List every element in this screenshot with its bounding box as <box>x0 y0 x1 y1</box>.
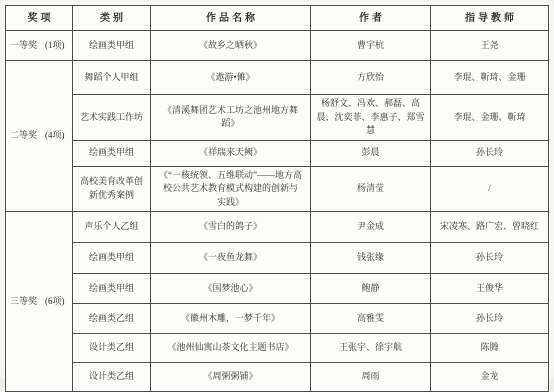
work-title-cell: 《国梦池心》 <box>151 274 311 304</box>
table-row: 艺术实践工作坊《清溪舞团艺术工坊之池州地方舞蹈》杨舒文、冯欢、郝磊、高晨、沈奕菲… <box>6 95 549 141</box>
teacher-cell: 陈腾 <box>431 334 549 363</box>
teacher-cell: 王俊华 <box>431 274 549 304</box>
teacher-cell: 王尧 <box>431 31 549 61</box>
teacher-cell: 孙长玲 <box>431 243 549 274</box>
category-cell: 声乐个人乙组 <box>73 212 151 243</box>
table-row: 设计类乙组《池州仙寓山茶文化主题书店》王张宇、徐宇航陈腾 <box>6 334 549 363</box>
award-count: (4项) <box>45 130 65 140</box>
work-title-cell: 《一夜鱼龙舞》 <box>151 243 311 274</box>
author-cell: 周雨 <box>311 363 431 392</box>
author-cell: 鲍静 <box>311 274 431 304</box>
award-cell: 一等奖(1项) <box>6 31 73 61</box>
author-cell: 杨清莹 <box>311 166 431 212</box>
header-row: 奖项类别作品名称作者指导教师 <box>6 6 549 31</box>
table-row: 高校美育改革创新优秀案例《“一核统领、五维联动”——地方高校公共艺术教育模式构建… <box>6 166 549 212</box>
author-cell: 曹宇杭 <box>311 31 431 61</box>
award-cell: 三等奖(6项) <box>6 212 73 392</box>
table-row: 二等奖(4项)舞蹈个人甲组《遨游•傩》方欣怡李琨、靳琦、金珊 <box>6 61 549 95</box>
author-cell: 彭晨 <box>311 140 431 166</box>
table-row: 绘画类甲组《祥瑞来天阙》彭晨孙长玲 <box>6 140 549 166</box>
work-title-cell: 《周粥粥铺》 <box>151 363 311 392</box>
category-cell: 高校美育改革创新优秀案例 <box>73 166 151 212</box>
column-header-3: 作者 <box>311 6 431 31</box>
work-title-cell: 《雪白的鸽子》 <box>151 212 311 243</box>
author-cell: 杨舒文、冯欢、郝磊、高晨、沈奕菲、李惠子、郑雪慧 <box>311 95 431 141</box>
work-title-cell: 《“一核统领、五维联动”——地方高校公共艺术教育模式构建的创新与实践》 <box>151 166 311 212</box>
table-row: 设计类乙组《周粥粥铺》周雨金龙 <box>6 363 549 392</box>
work-title-cell: 《徽州木雕，一梦千年》 <box>151 304 311 334</box>
teacher-cell: 金龙 <box>431 363 549 392</box>
table-body: 一等奖(1项)绘画类甲组《故乡之晒秋》曹宇杭王尧二等奖(4项)舞蹈个人甲组《遨游… <box>6 31 549 392</box>
author-cell: 尹金成 <box>311 212 431 243</box>
category-cell: 绘画类甲组 <box>73 140 151 166</box>
work-title-cell: 《祥瑞来天阙》 <box>151 140 311 166</box>
award-count: (1项) <box>45 40 65 50</box>
category-cell: 绘画类甲组 <box>73 31 151 61</box>
teacher-cell: 李琨、金珊、靳琦 <box>431 95 549 141</box>
category-cell: 设计类乙组 <box>73 334 151 363</box>
category-cell: 绘画类甲组 <box>73 274 151 304</box>
category-cell: 绘画类乙组 <box>73 304 151 334</box>
column-header-2: 作品名称 <box>151 6 311 31</box>
document-page: 奖项类别作品名称作者指导教师 一等奖(1项)绘画类甲组《故乡之晒秋》曹宇杭王尧二… <box>0 0 554 379</box>
author-cell: 王张宇、徐宇航 <box>311 334 431 363</box>
author-cell: 钱张缘 <box>311 243 431 274</box>
teacher-cell: 宋凌寒、路广宏、曾晓红 <box>431 212 549 243</box>
award-count: (6项) <box>45 296 65 306</box>
category-cell: 绘画类甲组 <box>73 243 151 274</box>
teacher-cell: 孙长玲 <box>431 140 549 166</box>
category-cell: 艺术实践工作坊 <box>73 95 151 141</box>
work-title-cell: 《池州仙寓山茶文化主题书店》 <box>151 334 311 363</box>
teacher-cell: 李琨、靳琦、金珊 <box>431 61 549 95</box>
column-header-4: 指导教师 <box>431 6 549 31</box>
award-label: 二等奖 <box>10 130 37 140</box>
author-cell: 高雅雯 <box>311 304 431 334</box>
work-title-cell: 《故乡之晒秋》 <box>151 31 311 61</box>
category-cell: 舞蹈个人甲组 <box>73 61 151 95</box>
column-header-1: 类别 <box>73 6 151 31</box>
work-title-cell: 《清溪舞团艺术工坊之池州地方舞蹈》 <box>151 95 311 141</box>
teacher-cell: / <box>431 166 549 212</box>
table-row: 一等奖(1项)绘画类甲组《故乡之晒秋》曹宇杭王尧 <box>6 31 549 61</box>
award-cell: 二等奖(4项) <box>6 61 73 212</box>
teacher-cell: 孙长玲 <box>431 304 549 334</box>
work-title-cell: 《遨游•傩》 <box>151 61 311 95</box>
table-row: 绘画类甲组《一夜鱼龙舞》钱张缘孙长玲 <box>6 243 549 274</box>
author-cell: 方欣怡 <box>311 61 431 95</box>
table-row: 绘画类甲组《国梦池心》鲍静王俊华 <box>6 274 549 304</box>
category-cell: 设计类乙组 <box>73 363 151 392</box>
award-label: 三等奖 <box>10 296 37 306</box>
awards-table: 奖项类别作品名称作者指导教师 一等奖(1项)绘画类甲组《故乡之晒秋》曹宇杭王尧二… <box>5 5 549 392</box>
column-header-0: 奖项 <box>6 6 73 31</box>
table-row: 三等奖(6项)声乐个人乙组《雪白的鸽子》尹金成宋凌寒、路广宏、曾晓红 <box>6 212 549 243</box>
award-label: 一等奖 <box>10 40 37 50</box>
table-row: 绘画类乙组《徽州木雕，一梦千年》高雅雯孙长玲 <box>6 304 549 334</box>
